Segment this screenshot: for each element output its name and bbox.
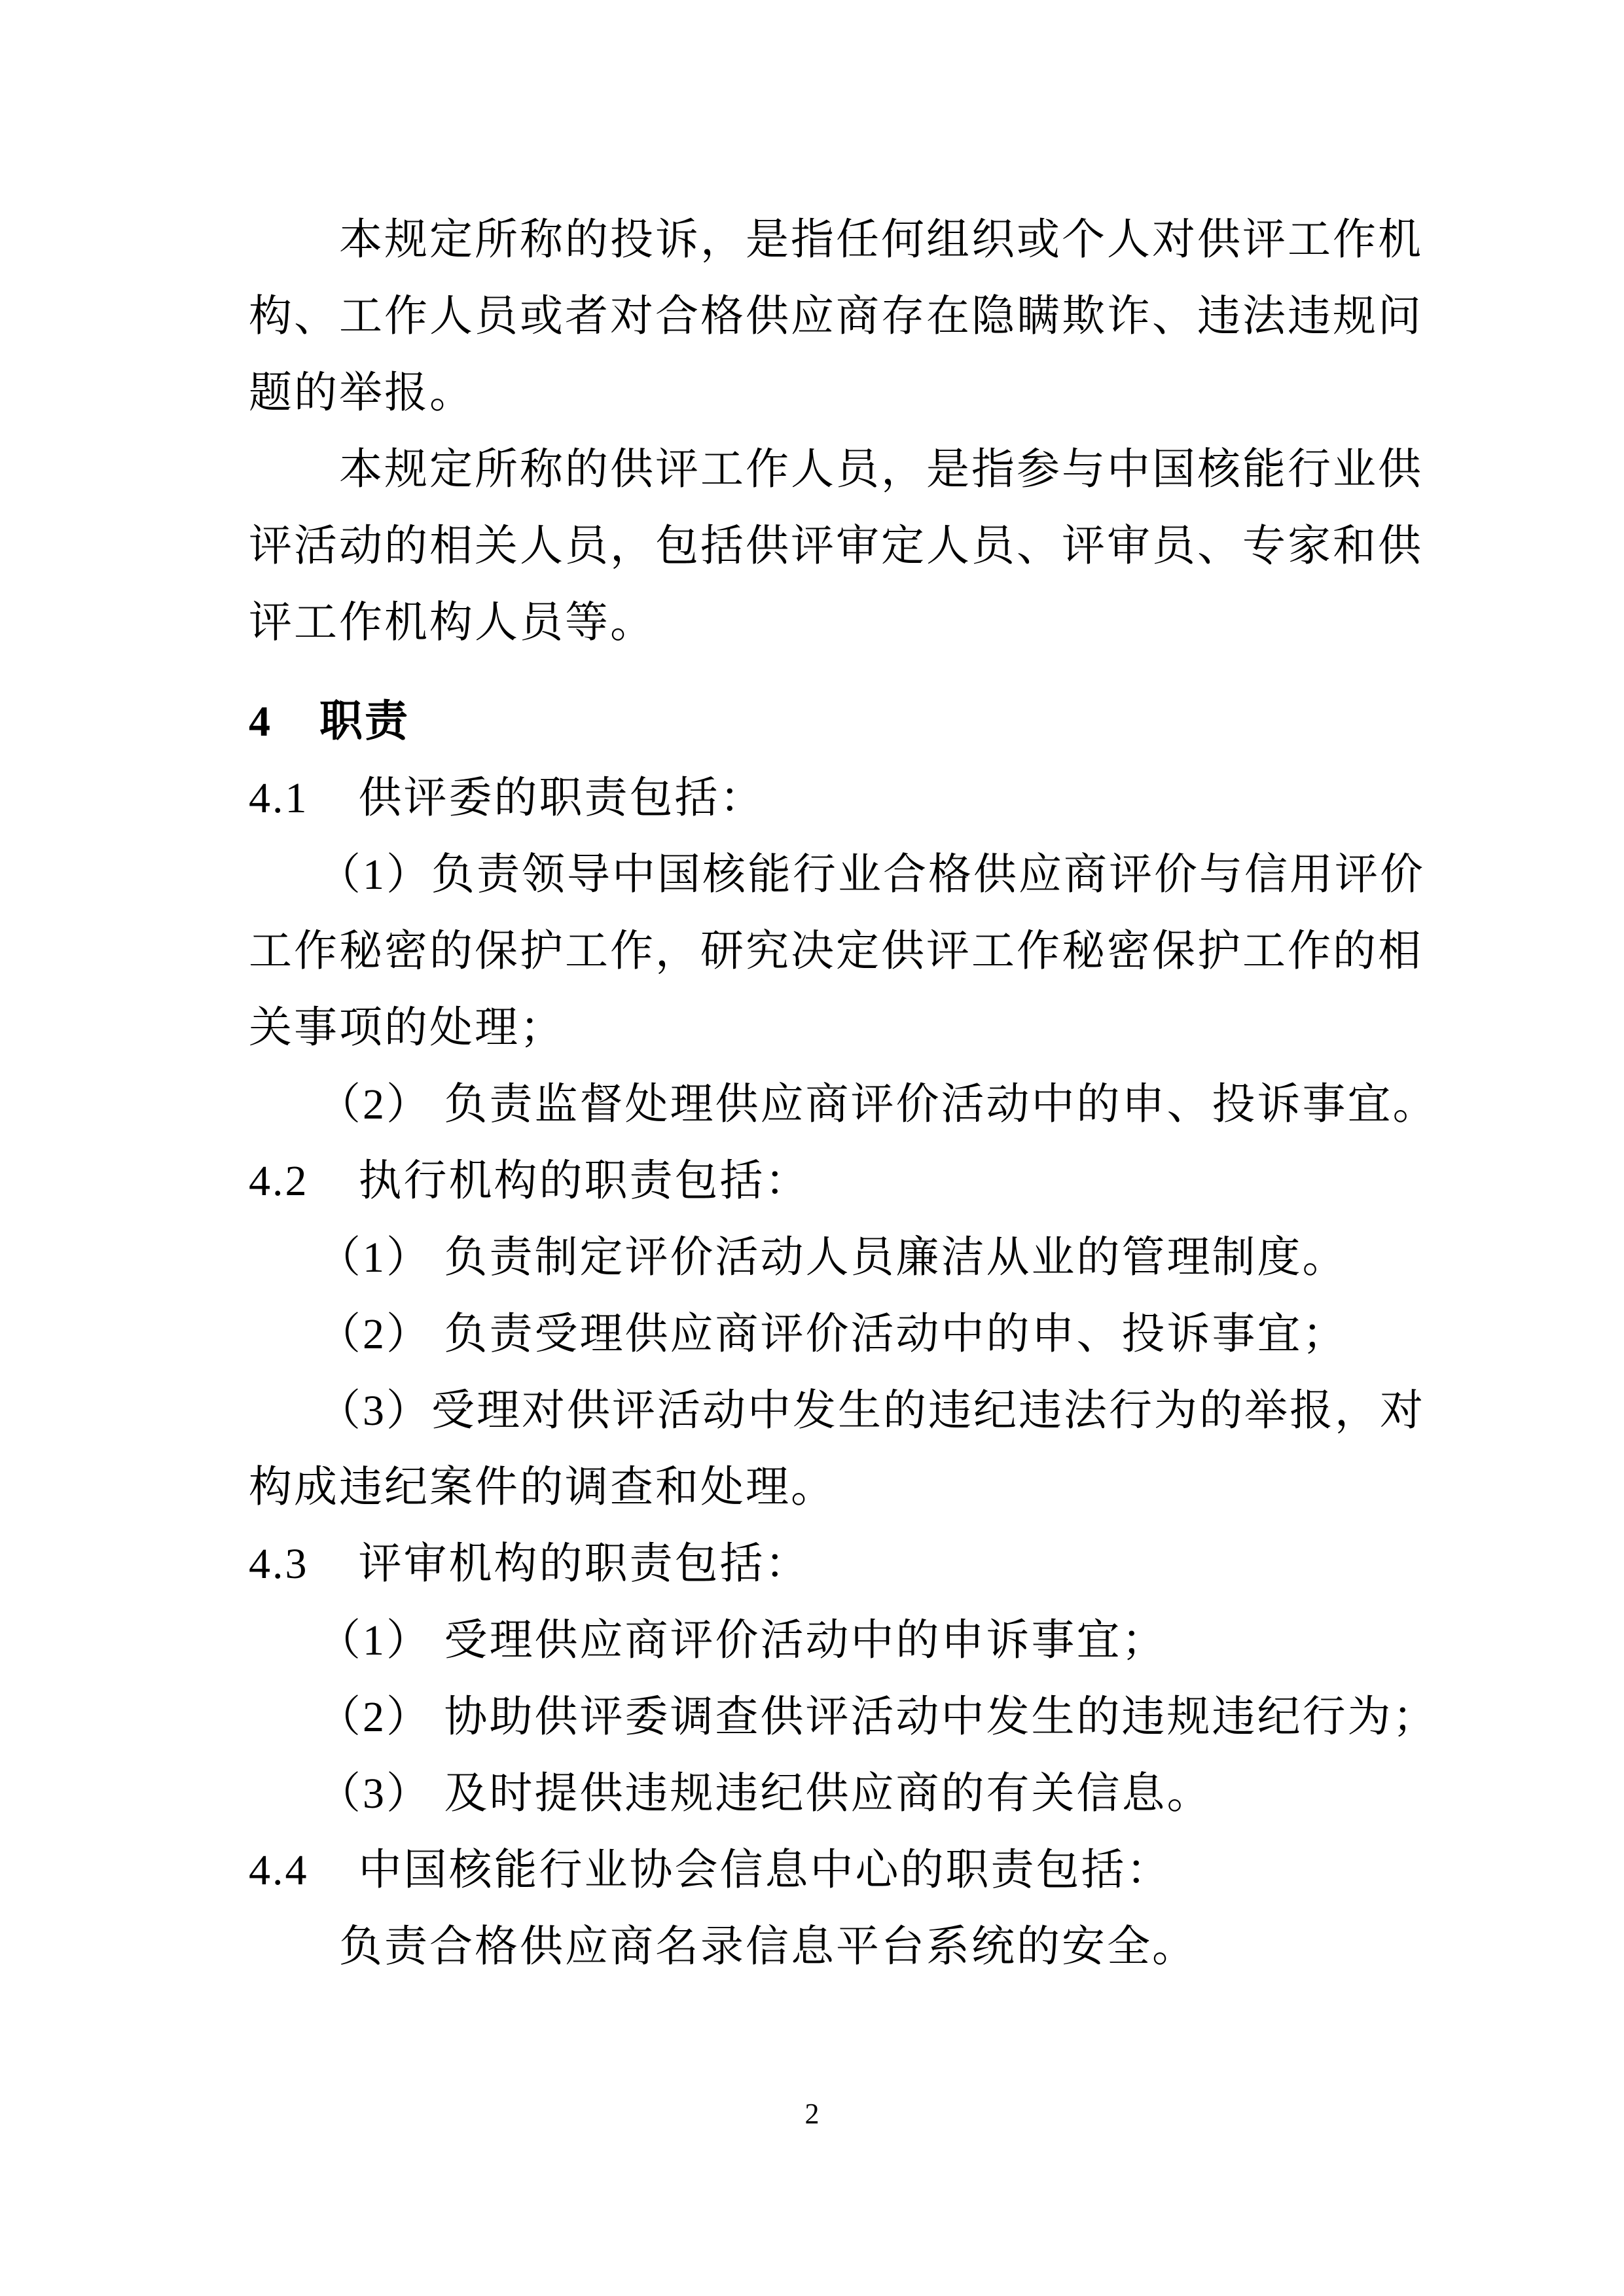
section-4-3-heading: 4.3评审机构的职责包括： — [249, 1526, 1420, 1602]
chapter-number: 4 — [249, 683, 272, 760]
section-4-2-item-2: （2） 负责受理供应商评价活动中的申、投诉事宜； — [249, 1296, 1420, 1372]
document-body: 本规定所称的投诉，是指任何组织或个人对供评工作机 构、工作人员或者对合格供应商存… — [249, 202, 1420, 1985]
section-4-2-item-3: （3）受理对供评活动中发生的违纪违法行为的举报，对 构成违纪案件的调查和处理。 — [249, 1372, 1420, 1526]
section-4-3-title: 评审机构的职责包括： — [359, 1540, 810, 1588]
section-4-2-heading: 4.2执行机构的职责包括： — [249, 1143, 1420, 1219]
section-4-3-item-1: （1） 受理供应商评价活动中的申诉事宜； — [249, 1602, 1420, 1679]
section-4-4-heading: 4.4中国核能行业协会信息中心的职责包括： — [249, 1832, 1420, 1909]
section-4-3-item-3: （3） 及时提供违规违纪供应商的有关信息。 — [249, 1755, 1420, 1832]
page-number: 2 — [0, 2093, 1624, 2135]
section-4-4-title: 中国核能行业协会信息中心的职责包括： — [359, 1846, 1172, 1894]
chapter-title: 职责 — [319, 698, 410, 745]
section-4-2-item-1: （1） 负责制定评价活动人员廉洁从业的管理制度。 — [249, 1219, 1420, 1296]
section-4-1-heading: 4.1供评委的职责包括： — [249, 760, 1420, 836]
paragraph-staff-definition: 本规定所称的供评工作人员，是指参与中国核能行业供 评活动的相关人员，包括供评审定… — [249, 431, 1420, 661]
document-page: 本规定所称的投诉，是指任何组织或个人对供评工作机 构、工作人员或者对合格供应商存… — [0, 0, 1624, 2296]
section-4-1-item-1: （1）负责领导中国核能行业合格供应商评价与信用评价 工作秘密的保护工作，研究决定… — [249, 836, 1420, 1066]
section-4-4-number: 4.4 — [249, 1832, 309, 1909]
section-4-2-number: 4.2 — [249, 1143, 309, 1219]
section-4-1-title: 供评委的职责包括： — [359, 774, 765, 822]
section-4-1-number: 4.1 — [249, 760, 309, 836]
chapter-heading: 4职责 — [249, 683, 1420, 760]
section-4-3-item-2: （2） 协助供评委调查供评活动中发生的违规违纪行为； — [249, 1679, 1420, 1755]
section-4-1-item-2: （2） 负责监督处理供应商评价活动中的申、投诉事宜。 — [249, 1066, 1420, 1143]
paragraph-complaint-definition: 本规定所称的投诉，是指任何组织或个人对供评工作机 构、工作人员或者对合格供应商存… — [249, 202, 1420, 431]
section-4-2-title: 执行机构的职责包括： — [359, 1157, 810, 1205]
section-4-4-paragraph: 负责合格供应商名录信息平台系统的安全。 — [249, 1909, 1420, 1985]
section-4-3-number: 4.3 — [249, 1526, 309, 1602]
